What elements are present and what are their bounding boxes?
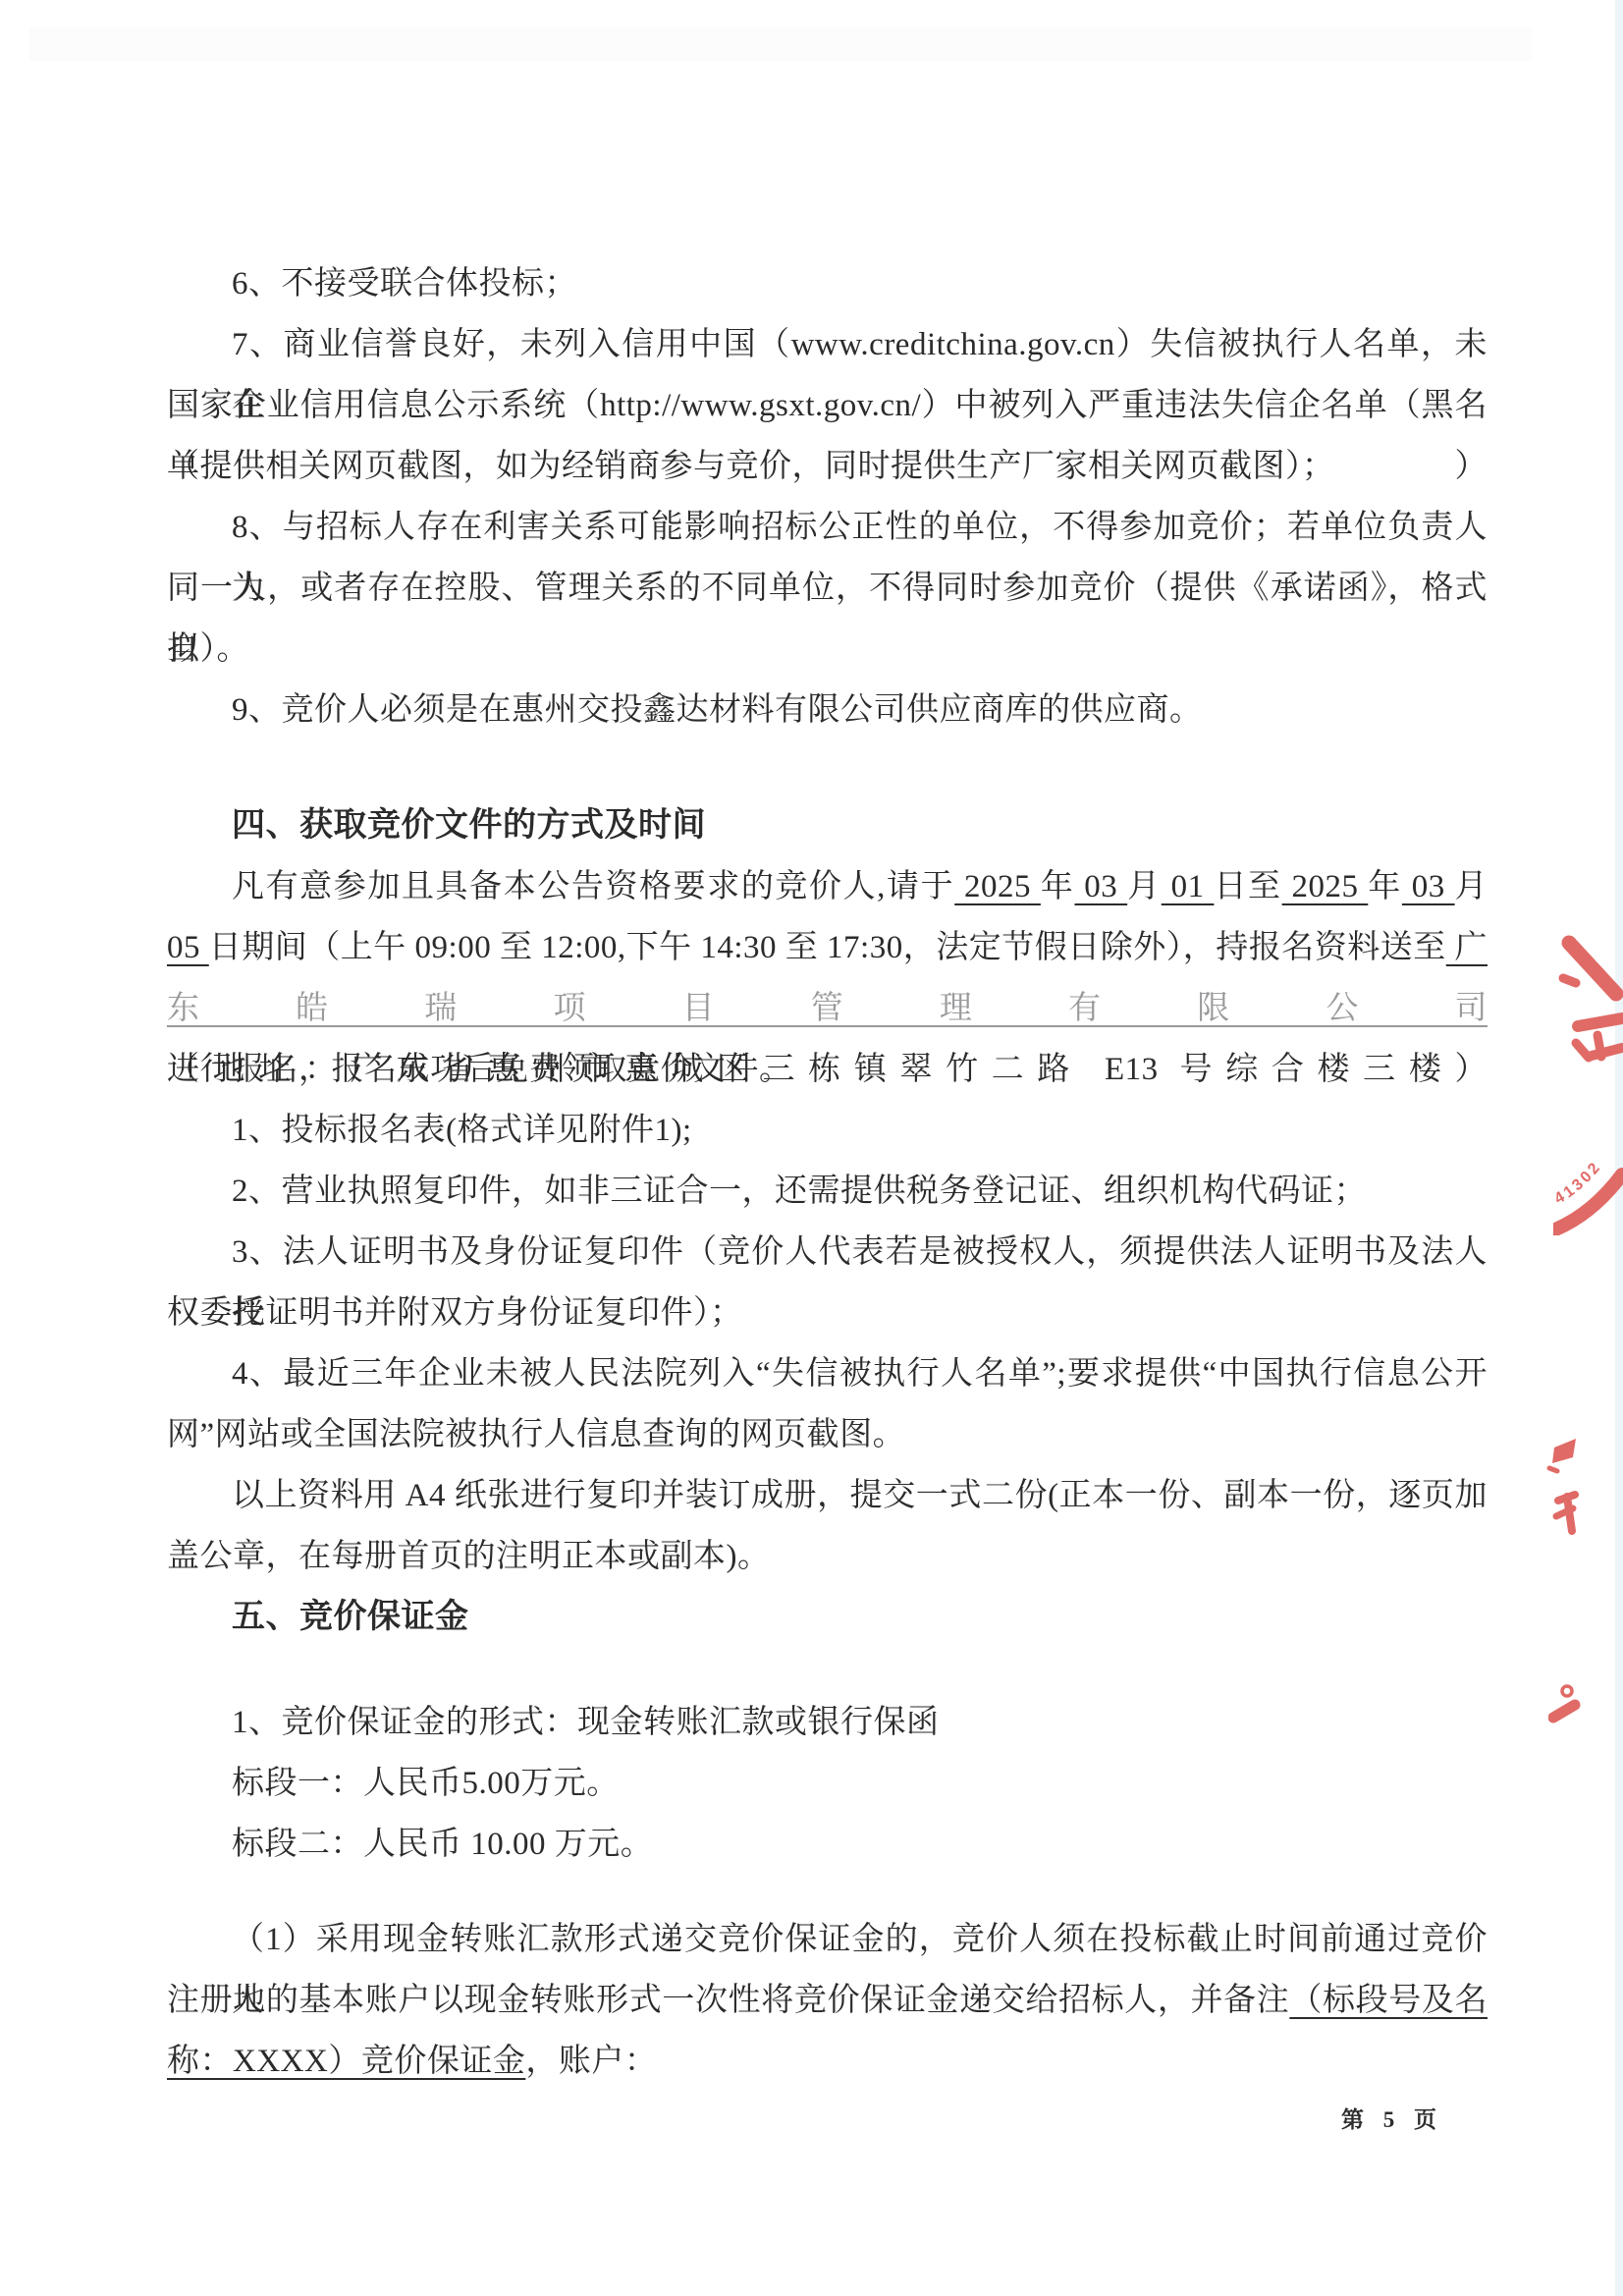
text-run: 权委托证明书并附双方身份证复印件）； bbox=[167, 1295, 743, 1331]
text-run: ，账户： bbox=[525, 2044, 657, 2079]
text-run: 月 bbox=[1455, 869, 1488, 904]
clause-7-line1: 7、商业信誉良好，未列入信用中国（www.creditchina.gov.cn）… bbox=[167, 314, 1488, 375]
text-run: 1、竞价保证金的形式：现金转账汇款或银行保函 bbox=[232, 1705, 940, 1740]
binding-note-line1: 以上资料用 A4 纸张进行复印并装订成册，提交一式二份(正本一份、副本一份，逐页… bbox=[167, 1465, 1488, 1526]
binding-note-line2: 盖公章，在每册首页的注明正本或副本)。 bbox=[167, 1526, 1488, 1587]
text-run: 五、竞价保证金 bbox=[232, 1599, 469, 1635]
section-gap bbox=[167, 740, 1488, 795]
text-run: 05 bbox=[167, 930, 209, 965]
text-run: 9、竞价人必须是在惠州交投鑫达材料有限公司供应商库的供应商。 bbox=[232, 692, 1203, 728]
text-run: 盖公章，在每册首页的注明正本或副本)。 bbox=[167, 1539, 771, 1574]
text-run: （标段号及名 bbox=[1289, 1983, 1488, 2018]
clause-8-line2: 同一人，或者存在控股、管理关系的不同单位，不得同时参加竞价（提供《承诺函》，格式… bbox=[167, 558, 1488, 619]
clause-7-line3: （提供相关网页截图，如为经销商参与竞价，同时提供生产厂家相关网页截图）； bbox=[167, 436, 1488, 497]
text-run: 月 bbox=[1127, 869, 1162, 904]
text-run: 年 bbox=[1041, 869, 1075, 904]
red-seal-ring-digits-icon: 41302 bbox=[1553, 1127, 1623, 1235]
text-run: 以上资料用 A4 纸张进行复印并装订成册，提交一式二份(正本一份、副本一份，逐页… bbox=[232, 1478, 1488, 1513]
red-seal-fragment-middle-icon bbox=[1546, 1436, 1588, 1542]
text-run: 四、获取竞价文件的方式及时间 bbox=[232, 807, 706, 844]
deposit-method-line1: （1）采用现金转账汇款形式递交竞价保证金的，竞价人须在投标截止时间前通过竞价人 bbox=[167, 1909, 1488, 1970]
doc-item-4-line1: 4、最近三年企业未被人民法院列入“失信被执行人名单”;要求提供“中国执行信息公开 bbox=[167, 1343, 1488, 1404]
text-run: 东皓瑞项目管理有限公司 bbox=[167, 991, 1488, 1026]
text-run: 2025 bbox=[1282, 869, 1369, 904]
doc-item-3-line1: 3、法人证明书及身份证复印件（竞价人代表若是被授权人，须提供法人证明书及法人授 bbox=[167, 1222, 1488, 1283]
text-run: 拟）。 bbox=[167, 631, 249, 667]
red-seal-character-fragment-icon bbox=[1540, 931, 1623, 1068]
deposit-method-line2: 注册地的基本账户以现金转账形式一次性将竞价保证金递交给招标人，并备注（标段号及名 bbox=[167, 1970, 1488, 2031]
text-run: 标段二：人民币 10.00 万元。 bbox=[232, 1827, 653, 1862]
text-run: 网”网站或全国法院被执行人信息查询的网页截图。 bbox=[167, 1417, 905, 1452]
section-4-heading: 四、获取竞价文件的方式及时间 bbox=[167, 795, 1488, 856]
clause-6: 6、不接受联合体投标； bbox=[167, 253, 1488, 314]
text-run: 1、投标报名表(格式详见附件1); bbox=[232, 1113, 692, 1148]
text-run: 广 bbox=[1446, 930, 1488, 965]
doc-item-4-line2: 网”网站或全国法院被执行人信息查询的网页截图。 bbox=[167, 1404, 1488, 1465]
doc-item-1: 1、投标报名表(格式详见附件1); bbox=[167, 1100, 1488, 1161]
document-body: 6、不接受联合体投标；7、商业信誉良好，未列入信用中国（www.creditch… bbox=[167, 253, 1488, 2092]
text-run: 01 bbox=[1162, 869, 1215, 904]
text-run: 注册地的基本账户以现金转账形式一次性将竞价保证金递交给招标人，并备注 bbox=[167, 1983, 1289, 2018]
deposit-method-line3: 称：XXXX）竞价保证金，账户： bbox=[167, 2031, 1488, 2092]
text-run: 标段一：人民币5.00万元。 bbox=[232, 1766, 620, 1801]
text-run: 进行报名，报名成功后免费领取竞价文件。 bbox=[167, 1052, 792, 1087]
text-run: 日至 bbox=[1214, 869, 1281, 904]
text-run: 称：XXXX）竞价保证金 bbox=[167, 2044, 525, 2079]
text-run: 2025 bbox=[954, 869, 1041, 904]
clause-8-line1: 8、与招标人存在利害关系可能影响招标公正性的单位，不得参加竞价；若单位负责人为 bbox=[167, 497, 1488, 558]
text-run: 4、最近三年企业未被人民法院列入“失信被执行人名单”;要求提供“中国执行信息公开 bbox=[232, 1356, 1488, 1392]
section-gap bbox=[167, 1875, 1488, 1909]
deposit-lot-1: 标段一：人民币5.00万元。 bbox=[167, 1753, 1488, 1814]
clause-9: 9、竞价人必须是在惠州交投鑫达材料有限公司供应商库的供应商。 bbox=[167, 680, 1488, 740]
clause-8-line3: 拟）。 bbox=[167, 619, 1488, 680]
clause-7-line2: 国家企业信用信息公示系统（http://www.gsxt.gov.cn/）中被列… bbox=[167, 375, 1488, 436]
page-number: 第 5 页 bbox=[1341, 2102, 1443, 2134]
doc-item-2: 2、营业执照复印件，如非三证合一，还需提供税务登记证、组织机构代码证； bbox=[167, 1161, 1488, 1222]
deposit-form: 1、竞价保证金的形式：现金转账汇款或银行保函 bbox=[167, 1692, 1488, 1753]
text-run: 6、不接受联合体投标； bbox=[232, 266, 577, 301]
doc-item-3-line2: 权委托证明书并附双方身份证复印件）； bbox=[167, 1283, 1488, 1343]
section-gap bbox=[167, 1648, 1488, 1692]
section-4-para-line1: 凡有意参加且具备本公告资格要求的竞价人,请于 2025 年 03 月 01 日至… bbox=[167, 856, 1488, 917]
text-run: 日期间（上午 09:00 至 12:00,下午 14:30 至 17:30，法定… bbox=[209, 930, 1446, 965]
text-run: 年 bbox=[1368, 869, 1402, 904]
red-seal-fragment-lower-icon bbox=[1548, 1681, 1584, 1728]
text-run: 2、营业执照复印件，如非三证合一，还需提供税务登记证、组织机构代码证； bbox=[232, 1174, 1367, 1209]
scan-artifact-band bbox=[29, 27, 1532, 61]
deposit-lot-2: 标段二：人民币 10.00 万元。 bbox=[167, 1814, 1488, 1875]
section-4-para-line2: 05 日期间（上午 09:00 至 12:00,下午 14:30 至 17:30… bbox=[167, 917, 1488, 978]
text-run: 03 bbox=[1074, 869, 1127, 904]
text-run: 03 bbox=[1402, 869, 1455, 904]
section-5-heading: 五、竞价保证金 bbox=[167, 1587, 1488, 1648]
section-4-para-line3: 东皓瑞项目管理有限公司（地址：广东省惠州市惠城区三栋镇翠竹二路 E13 号综合楼… bbox=[167, 978, 1488, 1039]
text-run: （提供相关网页截图，如为经销商参与竞价，同时提供生产厂家相关网页截图）； bbox=[167, 449, 1335, 484]
text-run: 凡有意参加且具备本公告资格要求的竞价人,请于 bbox=[232, 869, 954, 904]
